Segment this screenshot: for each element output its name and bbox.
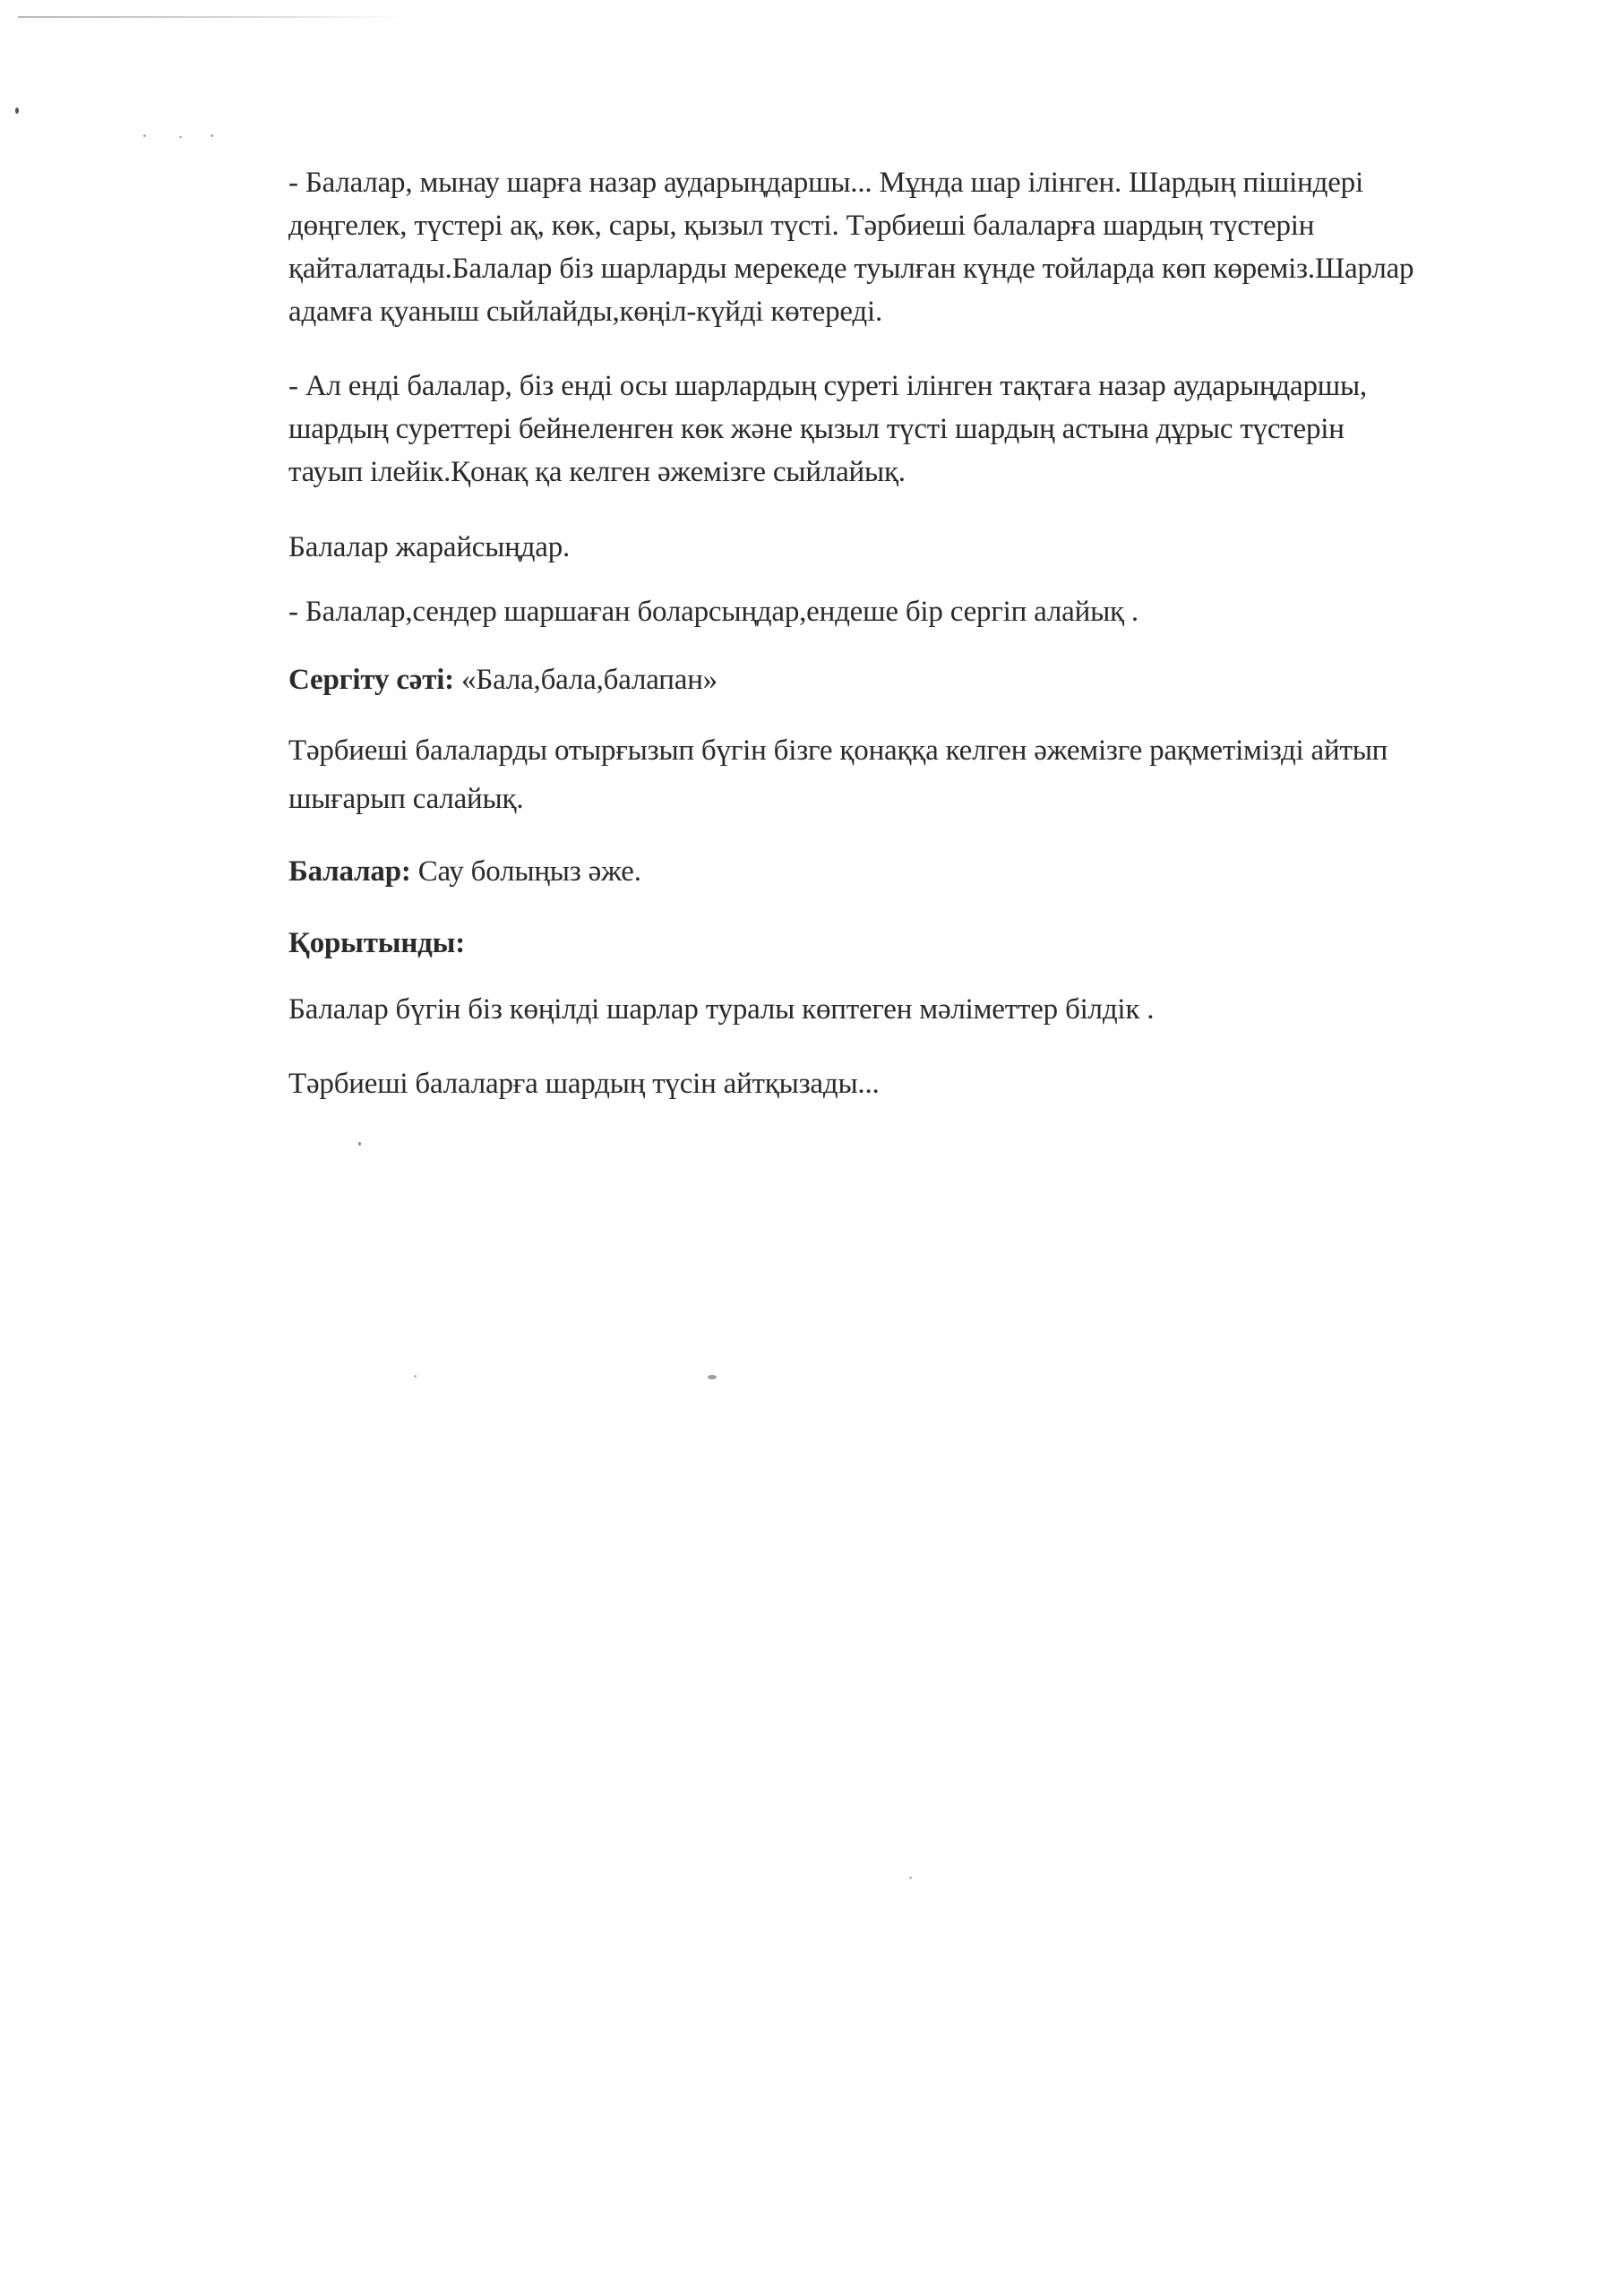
paragraph-2-line-2: шардың суреттері бейнеленген көк және қы…: [288, 411, 1345, 447]
paragraph-6-line-1: Тәрбиеші балаларды отырғызып бүгін бізге…: [288, 733, 1388, 769]
scan-speck: [708, 1375, 717, 1379]
scan-speck: [211, 134, 213, 137]
paragraph-1-line-2: дөңгелек, түстері ақ, көк, сары, қызыл т…: [288, 208, 1314, 244]
paragraph-2-line-3: тауып ілейік.Қонақ қа келген әжемізге сы…: [288, 454, 906, 490]
paragraph-9: Балалар бүгін біз көңілді шарлар туралы …: [288, 992, 1154, 1027]
scan-speck: [414, 1375, 417, 1378]
scanned-page: - Балалар, мынау шарға назар аударыңдарш…: [0, 0, 1624, 2293]
paragraph-6-line-2: шығарып салайық.: [288, 781, 523, 817]
paragraph-1-line-4: адамға қуаныш сыйлайды,көңіл-күйді көтер…: [288, 294, 882, 330]
paragraph-4: - Балалар,сендер шаршаған боларсыңдар,ен…: [288, 594, 1139, 630]
scan-speck: [358, 1142, 361, 1146]
paragraph-10: Тәрбиеші балаларға шардың түсін айтқызад…: [288, 1066, 880, 1102]
scan-speck: [15, 107, 19, 114]
scan-speck: [909, 1876, 912, 1879]
paragraph-2-line-1: - Ал енді балалар, біз енді осы шарларды…: [288, 368, 1367, 404]
speaker-text: Сау болыңыз әже.: [411, 855, 641, 888]
paragraph-1-line-1: - Балалар, мынау шарға назар аударыңдарш…: [288, 165, 1363, 201]
exercise-label: Сергіту сәті:: [288, 664, 454, 696]
conclusion-heading: Қорытынды:: [288, 925, 465, 961]
scan-speck: [143, 134, 146, 137]
scan-artifact-line: [18, 16, 403, 18]
paragraph-3: Балалар жарайсыңдар.: [288, 529, 570, 565]
paragraph-1-line-3: қайталатады.Балалар біз шарларды мерекед…: [288, 251, 1413, 287]
exercise-title: «Бала,бала,балапан»: [454, 664, 717, 696]
speaker-label: Балалар:: [288, 855, 411, 888]
paragraph-7: Балалар: Сау болыңыз әже.: [288, 854, 641, 889]
paragraph-5: Сергіту сәті: «Бала,бала,балапан»: [288, 662, 717, 698]
scan-speck: [179, 136, 182, 138]
